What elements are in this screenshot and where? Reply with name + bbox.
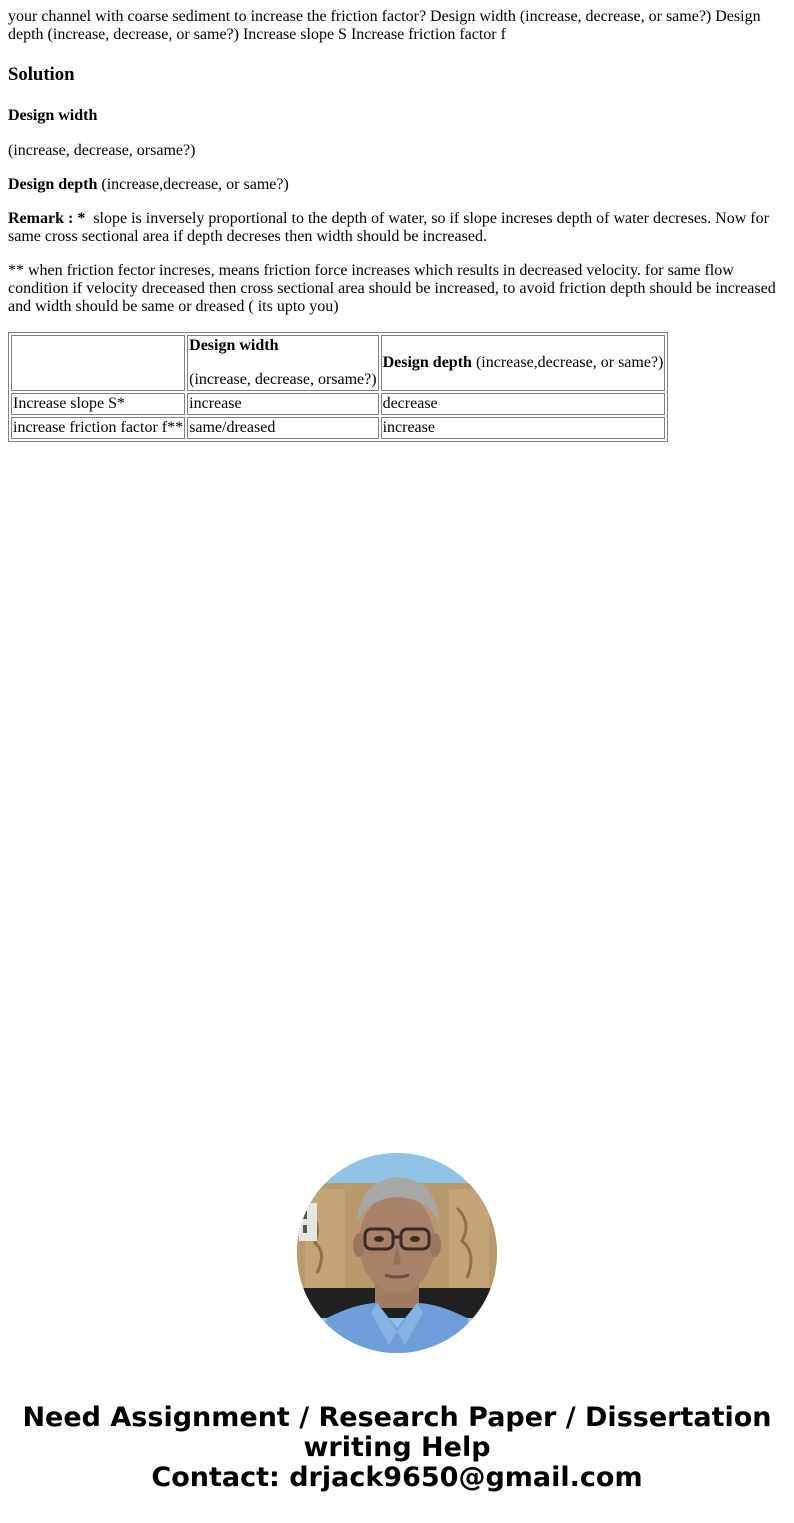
remark-paragraph: Remark : * slope is inversely proportion…	[8, 210, 786, 246]
table-row: Increase slope S* increase decrease	[11, 393, 665, 415]
table-cell-label: Increase slope S*	[11, 393, 185, 415]
table-header-design-depth-label: Design depth	[383, 354, 472, 371]
remark-text: slope is inversely proportional to the d…	[8, 210, 773, 245]
design-depth-paragraph: Design depth (increase,decrease, or same…	[8, 176, 786, 194]
page-content: your channel with coarse sediment to inc…	[0, 0, 794, 442]
footer-line-2: writing Help	[0, 1433, 794, 1463]
design-depth-options: (increase,decrease, or same?)	[97, 176, 288, 193]
friction-note-paragraph: ** when friction fector increses, means …	[8, 262, 786, 316]
design-width-options: (increase, decrease, orsame?)	[8, 142, 786, 160]
table-header-empty-cell	[11, 335, 185, 391]
table-cell-depth: increase	[381, 417, 666, 439]
table-row: increase friction factor f** same/drease…	[11, 417, 665, 439]
footer-promo: Need Assignment / Research Paper / Disse…	[0, 1403, 794, 1493]
table-header-design-depth: Design depth (increase,decrease, or same…	[381, 335, 666, 391]
table-cell-depth: decrease	[381, 393, 666, 415]
table-header-design-width-label: Design width	[189, 337, 278, 354]
table-cell-label: increase friction factor f**	[11, 417, 185, 439]
design-width-heading: Design width	[8, 106, 786, 126]
answer-table: Design width (increase, decrease, orsame…	[8, 332, 668, 442]
table-header-design-width-options: (increase, decrease, orsame?)	[189, 371, 376, 388]
question-text: your channel with coarse sediment to inc…	[8, 8, 786, 44]
tutor-portrait-image	[297, 1153, 497, 1353]
table-cell-width: same/dreased	[187, 417, 378, 439]
remark-label: Remark : *	[8, 210, 85, 227]
footer-line-1: Need Assignment / Research Paper / Disse…	[0, 1403, 794, 1433]
table-header-row: Design width (increase, decrease, orsame…	[11, 335, 665, 391]
footer-contact-email: Contact: drjack9650@gmail.com	[0, 1463, 794, 1493]
solution-title: Solution	[8, 64, 786, 86]
design-depth-label: Design depth	[8, 176, 97, 193]
table-cell-width: increase	[187, 393, 378, 415]
portrait-illustration	[297, 1153, 497, 1353]
table-header-design-depth-options: (increase,decrease, or same?)	[472, 354, 663, 371]
table-header-design-width: Design width (increase, decrease, orsame…	[187, 335, 378, 391]
